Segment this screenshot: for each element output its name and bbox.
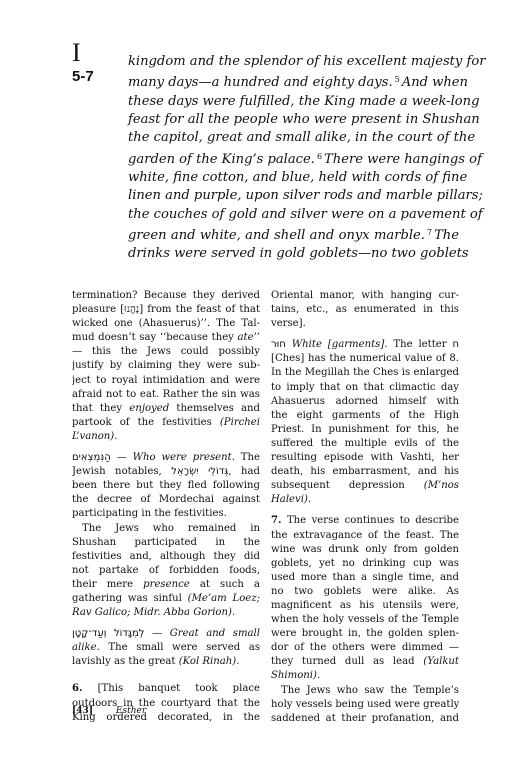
text-line: the decree of Mordechai against bbox=[72, 493, 260, 507]
text-line: tains, etc., as enumerated in this bbox=[271, 303, 459, 317]
text-line: used more than a single time, and bbox=[271, 571, 459, 585]
text-line: lavishly as the great (Kol Rinah). bbox=[72, 655, 260, 669]
text-line: goblets, yet no drinking cup was bbox=[271, 557, 459, 571]
lemma-translation: White [garments]. bbox=[286, 339, 388, 350]
verse-line: these days were fulfilled, the King made… bbox=[128, 93, 459, 111]
text-line: ject to royal intimidation and were bbox=[72, 374, 260, 388]
page-number: [43] bbox=[72, 706, 93, 716]
verse-line: kingdom and the splendor of his excellen… bbox=[128, 53, 459, 71]
text-line: Priest. In punishment for this, he bbox=[271, 423, 459, 437]
text-line: termination? Because they derived bbox=[72, 289, 260, 303]
book-title: Esther bbox=[116, 706, 146, 716]
commentary-paragraph: חוּר White [garments]. The letter ח [Che… bbox=[271, 338, 459, 507]
hebrew-lemma: חוּר bbox=[271, 339, 286, 350]
text-line: the eight garments of the High bbox=[271, 409, 459, 423]
text-line: verse]. bbox=[271, 317, 459, 331]
text-line: the extravagance of the feast. The bbox=[271, 529, 459, 543]
commentary-column-right: Oriental manor, with hanging cur- tains,… bbox=[271, 289, 459, 726]
text-line: partook of the festivities (Pirchei bbox=[72, 416, 260, 430]
commentary-paragraph: הַנִּמְצְאִים — Who were present. The Je… bbox=[72, 451, 260, 521]
text-line: gathering was sinful (Me’am Loez; bbox=[72, 592, 260, 606]
text-line: 6. [This banquet took place bbox=[72, 682, 260, 696]
text-line: resulting episode with Vashti, her bbox=[271, 451, 459, 465]
text-line: they turned dull as lead (Yalkut bbox=[271, 655, 459, 669]
page-footer: [43] Esther bbox=[72, 706, 146, 716]
text-line: not partake of forbidden foods, bbox=[72, 564, 260, 578]
text-line: 7. The verse continues to describe bbox=[271, 514, 459, 528]
text-line: participating in the festivities. bbox=[72, 507, 260, 521]
text-line: In the Megillah the Ches is enlarged bbox=[271, 366, 459, 380]
verse-line: garden of the King’s palace.6There were … bbox=[128, 148, 459, 169]
text-line: The Jews who remained in bbox=[72, 522, 260, 536]
text-line: הַנִּמְצְאִים — Who were present. The bbox=[72, 451, 260, 465]
commentary-paragraph: Oriental manor, with hanging cur- tains,… bbox=[271, 289, 459, 331]
text-line: Jewish notables, גְּדוֹלֵי יִשְׂרָאֵל, h… bbox=[72, 465, 260, 479]
chapter-number: I bbox=[72, 40, 112, 66]
verse-line: green and white, and shell and onyx marb… bbox=[128, 224, 459, 245]
commentary-column-left: termination? Because they derived pleasu… bbox=[72, 289, 260, 725]
text-line: לְמִגָּדוֹל וְעַד־קָטָן — Great and smal… bbox=[72, 627, 260, 641]
text-line: that they enjoyed themselves and bbox=[72, 402, 260, 416]
chapter-verse-marker: I 5-7 bbox=[72, 40, 112, 85]
text-line: subsequent depression (M’nos bbox=[271, 479, 459, 493]
text-line: Oriental manor, with hanging cur- bbox=[271, 289, 459, 303]
text-line: magnificent as his utensils were, bbox=[271, 599, 459, 613]
text-line: Ahasuerus adorned himself with bbox=[271, 395, 459, 409]
verse-number: 6. bbox=[72, 683, 83, 694]
text-line: L’vanon). bbox=[72, 430, 260, 444]
verse-line: feast for all the people who were presen… bbox=[128, 111, 459, 129]
commentary-paragraph: The Jews who remained in Shushan partici… bbox=[72, 522, 260, 621]
verse-range: 5-7 bbox=[72, 68, 112, 85]
text-line: afraid not to eat. Rather the sin was bbox=[72, 388, 260, 402]
verse-line: the capitol, great and small alike, in t… bbox=[128, 129, 459, 147]
text-line: The Jews who saw the Temple’s bbox=[271, 684, 459, 698]
verse-line: the couches of gold and silver were on a… bbox=[128, 206, 459, 224]
text-line: holy vessels being used were greatly bbox=[271, 698, 459, 712]
text-line: saddened at their profanation, and bbox=[271, 712, 459, 726]
text-line: been there but they fled following bbox=[72, 479, 260, 493]
text-line: חוּר White [garments]. The letter ח bbox=[271, 338, 459, 352]
text-line: Shushan participated in the bbox=[72, 536, 260, 550]
hebrew-lemma: לְמִגָּדוֹל וְעַד־קָטָן bbox=[72, 628, 144, 639]
text-line: Halevi). bbox=[271, 493, 459, 507]
hebrew-lemma: הַנִּמְצְאִים bbox=[72, 452, 111, 463]
text-line: [Ches] has the numerical value of 8. bbox=[271, 352, 459, 366]
text-line: to imply that on that climactic day bbox=[271, 381, 459, 395]
verse-line: drinks were served in gold goblets—no tw… bbox=[128, 245, 459, 263]
verse-line: white, fine cotton, and blue, held with … bbox=[128, 169, 459, 187]
text-line: Shimoni). bbox=[271, 669, 459, 683]
hebrew-letter: ח bbox=[452, 339, 459, 350]
text-line: Rav Galico; Midr. Abba Gorion). bbox=[72, 606, 260, 620]
commentary-paragraph: termination? Because they derived pleasu… bbox=[72, 289, 260, 444]
text-line: were brought in, the golden splen- bbox=[271, 627, 459, 641]
commentary-paragraph: The Jews who saw the Temple’s holy vesse… bbox=[271, 684, 459, 726]
text-line: their mere presence at such a bbox=[72, 578, 260, 592]
text-line: pleasure [נֶהֱנוּ] from the feast of tha… bbox=[72, 303, 260, 317]
verse-line: many days—a hundred and eighty days.5And… bbox=[128, 71, 459, 92]
text-line: — this the Jews could possibly bbox=[72, 345, 260, 359]
text-line: wine was drunk only from golden bbox=[271, 543, 459, 557]
text-line: justify by claiming they were sub- bbox=[72, 359, 260, 373]
verse-number: 6 bbox=[317, 152, 322, 161]
text-line: dor of the others were dimmed — bbox=[271, 641, 459, 655]
text-line: alike. The small were served as bbox=[72, 641, 260, 655]
lemma-translation: — Who were present. bbox=[111, 452, 235, 463]
text-line: when the holy vessels of the Temple bbox=[271, 613, 459, 627]
text-line: mud doesn’t say ‘‘because they ate’’ bbox=[72, 331, 260, 345]
commentary-paragraph: לְמִגָּדוֹל וְעַד־קָטָן — Great and smal… bbox=[72, 627, 260, 669]
text-line: no two goblets were alike. As bbox=[271, 585, 459, 599]
verse-number: 5 bbox=[395, 75, 400, 84]
verse-number: 7. bbox=[271, 515, 282, 526]
hebrew-term: גְּדוֹלֵי יִשְׂרָאֵל bbox=[171, 466, 228, 477]
verse-translation: kingdom and the splendor of his excellen… bbox=[128, 53, 459, 264]
commentary-paragraph: 7. The verse continues to describe the e… bbox=[271, 514, 459, 683]
text-line: festivities and, although they did bbox=[72, 550, 260, 564]
commentary-paragraph: 6. [This banquet took place outdoors in … bbox=[72, 682, 260, 724]
text-line: suffered the multiple evils of the bbox=[271, 437, 459, 451]
text-line: death, his embarrasment, and his bbox=[271, 465, 459, 479]
verse-number: 7 bbox=[427, 228, 432, 237]
text-line: wicked one (Ahasuerus)’’. The Tal- bbox=[72, 317, 260, 331]
lemma-translation: — Great and small bbox=[144, 628, 260, 639]
verse-line: linen and purple, upon silver rods and m… bbox=[128, 187, 459, 205]
